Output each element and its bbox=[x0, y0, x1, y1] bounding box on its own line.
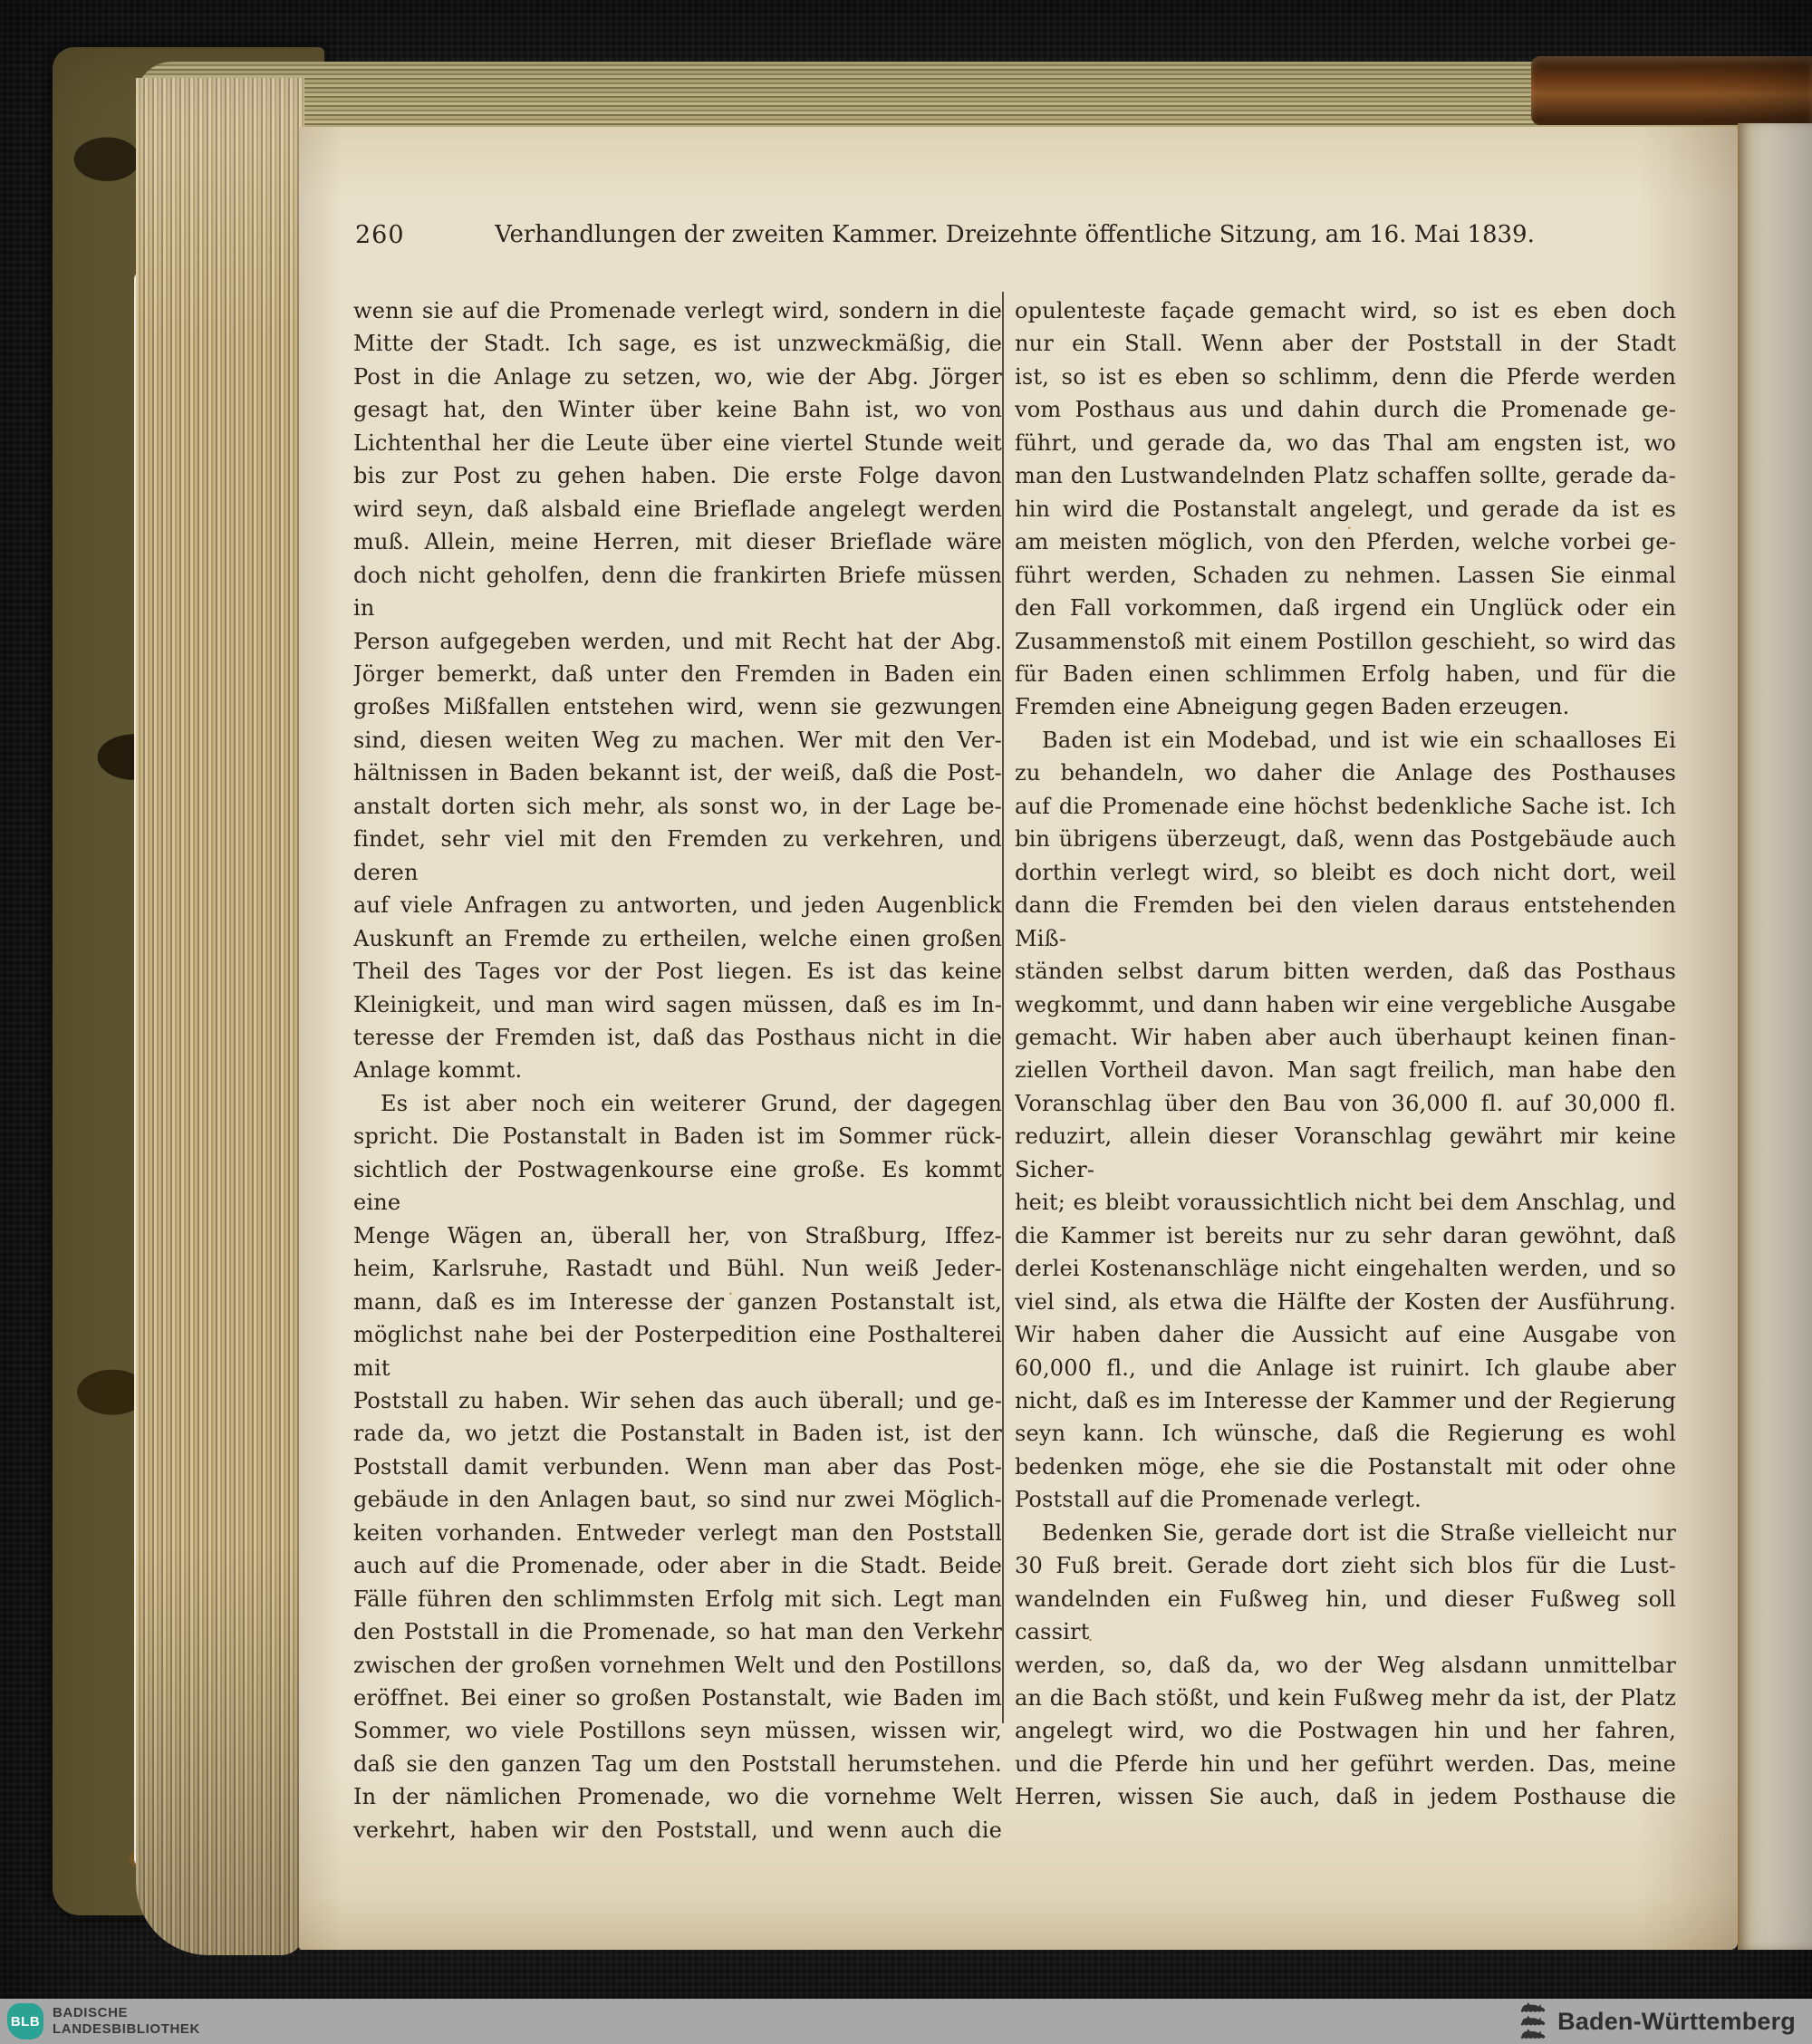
text-line: gebäude in den Anlagen baut, so sind nur… bbox=[353, 1483, 1002, 1516]
footer-bar: BLB BADISCHE LANDESBIBLIOTHEK Baden-Würt… bbox=[0, 1999, 1812, 2044]
text-line: mann, daß es im Interesse der ganzen Pos… bbox=[353, 1286, 1002, 1318]
text-line: heit; es bleibt voraussichtlich nicht be… bbox=[1015, 1186, 1676, 1219]
library-name-line2: LANDESBIBLIOTHEK bbox=[53, 2021, 200, 2038]
text-line: gemacht. Wir haben aber auch überhaupt k… bbox=[1015, 1021, 1676, 1054]
text-line: bedenken möge, ehe sie die Postanstalt m… bbox=[1015, 1451, 1676, 1483]
text-line: wird seyn, daß alsbald eine Brieflade an… bbox=[353, 493, 1002, 525]
text-line: Poststall zu haben. Wir sehen das auch ü… bbox=[353, 1384, 1002, 1417]
text-line: reduzirt, allein dieser Voranschlag gewä… bbox=[1015, 1120, 1676, 1186]
text-line: Poststall auf die Promenade verlegt. bbox=[1015, 1483, 1676, 1516]
text-line: hältnissen in Baden bekannt ist, der wei… bbox=[353, 757, 1002, 789]
library-branding: BLB BADISCHE LANDESBIBLIOTHEK bbox=[7, 2003, 200, 2039]
running-header: Verhandlungen der zweiten Kammer. Dreize… bbox=[353, 221, 1676, 248]
text-line: großes Mißfallen entstehen wird, wenn si… bbox=[353, 690, 1002, 723]
text-line: verkehrt, haben wir den Poststall, und w… bbox=[353, 1814, 1002, 1846]
text-line: Menge Wägen an, überall her, von Straßbu… bbox=[353, 1220, 1002, 1252]
text-line: Theil des Tages vor der Post liegen. Es … bbox=[353, 955, 1002, 988]
text-line: zwischen der großen vornehmen Welt und d… bbox=[353, 1649, 1002, 1682]
text-line: opulenteste façade gemacht wird, so ist … bbox=[1015, 294, 1676, 327]
text-line: derlei Kostenanschläge nicht eingehalten… bbox=[1015, 1252, 1676, 1285]
text-line: wandelnden ein Fußweg hin, und dieser Fu… bbox=[1015, 1583, 1676, 1649]
text-line: den Poststall in die Promenade, so hat m… bbox=[353, 1615, 1002, 1648]
library-name: BADISCHE LANDESBIBLIOTHEK bbox=[53, 2005, 200, 2038]
text-line: findet, sehr viel mit den Fremden zu ver… bbox=[353, 823, 1002, 889]
text-line: sind, diesen weiten Weg zu machen. Wer m… bbox=[353, 724, 1002, 757]
book-scan-viewport: 260 Verhandlungen der zweiten Kammer. Dr… bbox=[0, 0, 1812, 2044]
text-line: Mitte der Stadt. Ich sage, es ist unzwec… bbox=[353, 327, 1002, 360]
state-branding: Baden-Württemberg bbox=[1519, 2001, 1796, 2041]
text-line: Fälle führen den schlimmsten Erfolg mit … bbox=[353, 1583, 1002, 1615]
text-column-right: opulenteste façade gemacht wird, so ist … bbox=[1015, 294, 1676, 1814]
text-line: Jörger bemerkt, daß unter den Fremden in… bbox=[353, 658, 1002, 690]
scanned-page: 260 Verhandlungen der zweiten Kammer. Dr… bbox=[299, 127, 1738, 1950]
text-line: Es ist aber noch ein weiterer Grund, der… bbox=[353, 1087, 1002, 1120]
text-line: auf viele Anfragen zu antworten, und jed… bbox=[353, 889, 1002, 921]
text-line: wegkommt, und dann haben wir eine vergeb… bbox=[1015, 988, 1676, 1021]
text-line: Poststall damit verbunden. Wenn man aber… bbox=[353, 1451, 1002, 1483]
text-line: anstalt dorten sich mehr, als sonst wo, … bbox=[353, 790, 1002, 823]
text-line: dann die Fremden bei den vielen daraus e… bbox=[1015, 889, 1676, 955]
text-line: ist, so ist es eben so schlimm, denn die… bbox=[1015, 361, 1676, 393]
text-line: bin übrigens überzeugt, daß, wenn das Po… bbox=[1015, 823, 1676, 855]
text-line: vom Posthaus aus und dahin durch die Pro… bbox=[1015, 393, 1676, 426]
blb-logo-icon: BLB bbox=[7, 2003, 43, 2039]
text-line: wenn sie auf die Promenade verlegt wird,… bbox=[353, 294, 1002, 327]
text-line: rade da, wo jetzt die Postanstalt in Bad… bbox=[353, 1417, 1002, 1450]
text-line: Person aufgegeben werden, und mit Recht … bbox=[353, 625, 1002, 658]
text-line: Zusammenstoß mit einem Postillon geschie… bbox=[1015, 625, 1676, 658]
text-line: werden, so, daß da, wo der Weg alsdann u… bbox=[1015, 1649, 1676, 1682]
text-line: man den Lustwandelnden Platz schaffen so… bbox=[1015, 459, 1676, 492]
column-divider-rule bbox=[1002, 292, 1004, 1723]
text-line: Lichtenthal her die Leute über eine vier… bbox=[353, 427, 1002, 459]
text-line: ziellen Vortheil davon. Man sagt freilic… bbox=[1015, 1054, 1676, 1086]
text-line: Fremden eine Abneigung gegen Baden erzeu… bbox=[1015, 690, 1676, 723]
text-line: doch nicht geholfen, denn die frankirten… bbox=[353, 559, 1002, 625]
text-line: für Baden einen schlimmen Erfolg haben, … bbox=[1015, 658, 1676, 690]
text-line: Sommer, wo viele Postillons seyn müssen,… bbox=[353, 1714, 1002, 1747]
text-line: 30 Fuß breit. Gerade dort zieht sich blo… bbox=[1015, 1549, 1676, 1582]
facing-page-edge bbox=[1738, 123, 1812, 1950]
text-line: Anlage kommt. bbox=[353, 1054, 1002, 1086]
text-line: zu behandeln, wo daher die Anlage des Po… bbox=[1015, 757, 1676, 789]
text-line: führt werden, Schaden zu nehmen. Lassen … bbox=[1015, 559, 1676, 592]
text-line: seyn kann. Ich wünsche, daß die Regierun… bbox=[1015, 1417, 1676, 1450]
text-line: Baden ist ein Modebad, und ist wie ein s… bbox=[1015, 724, 1676, 757]
text-line: angelegt wird, wo die Postwagen hin und … bbox=[1015, 1714, 1676, 1747]
text-column-left: wenn sie auf die Promenade verlegt wird,… bbox=[353, 294, 1002, 1846]
text-line: auch auf die Promenade, oder aber in die… bbox=[353, 1549, 1002, 1582]
text-line: ständen selbst darum bitten werden, daß … bbox=[1015, 955, 1676, 988]
text-line: 60,000 fl., und die Anlage ist ruinirt. … bbox=[1015, 1352, 1676, 1384]
text-line: teresse der Fremden ist, daß das Posthau… bbox=[353, 1021, 1002, 1054]
text-line: Post in die Anlage zu setzen, wo, wie de… bbox=[353, 361, 1002, 393]
text-line: an die Bach stößt, und kein Fußweg mehr … bbox=[1015, 1682, 1676, 1714]
text-line: daß sie den ganzen Tag um den Poststall … bbox=[353, 1748, 1002, 1780]
book-spine-leather bbox=[1531, 56, 1812, 125]
text-line: den Fall vorkommen, daß irgend ein Unglü… bbox=[1015, 592, 1676, 624]
text-line: Herren, wissen Sie auch, daß in jedem Po… bbox=[1015, 1780, 1676, 1813]
text-line: viel sind, als etwa die Hälfte der Koste… bbox=[1015, 1286, 1676, 1318]
text-line: spricht. Die Postanstalt in Baden ist im… bbox=[353, 1120, 1002, 1152]
text-line: heim, Karlsruhe, Rastadt und Bühl. Nun w… bbox=[353, 1252, 1002, 1285]
text-line: auf die Promenade eine höchst bedenklich… bbox=[1015, 790, 1676, 823]
text-line: muß. Allein, meine Herren, mit dieser Br… bbox=[353, 525, 1002, 558]
text-line: Kleinigkeit, und man wird sagen müssen, … bbox=[353, 988, 1002, 1021]
text-line: Voranschlag über den Bau von 36,000 fl. … bbox=[1015, 1087, 1676, 1120]
text-line: führt, und gerade da, wo das Thal am eng… bbox=[1015, 427, 1676, 459]
state-name: Baden-Württemberg bbox=[1557, 2008, 1796, 2036]
text-line: gesagt hat, den Winter über keine Bahn i… bbox=[353, 393, 1002, 426]
text-line: und die Pferde hin und her geführt werde… bbox=[1015, 1748, 1676, 1780]
book-left-page-edges bbox=[136, 78, 304, 1955]
text-line: eröffnet. Bei einer so großen Postanstal… bbox=[353, 1682, 1002, 1714]
text-line: Bedenken Sie, gerade dort ist die Straße… bbox=[1015, 1517, 1676, 1549]
text-line: Auskunft an Fremde zu ertheilen, welche … bbox=[353, 922, 1002, 955]
text-line: die Kammer ist bereits nur zu sehr daran… bbox=[1015, 1220, 1676, 1252]
text-line: nicht, daß es im Interesse der Kammer un… bbox=[1015, 1384, 1676, 1417]
text-line: keiten vorhanden. Entweder verlegt man d… bbox=[353, 1517, 1002, 1549]
text-line: nur ein Stall. Wenn aber der Poststall i… bbox=[1015, 327, 1676, 360]
text-line: sichtlich der Postwagenkourse eine große… bbox=[353, 1153, 1002, 1220]
text-line: am meisten möglich, von den Pferden, wel… bbox=[1015, 525, 1676, 558]
text-line: hin wird die Postanstalt angelegt, und g… bbox=[1015, 493, 1676, 525]
three-lions-coat-of-arms-icon bbox=[1519, 2001, 1547, 2041]
text-line: möglichst nahe bei der Posterpedition ei… bbox=[353, 1318, 1002, 1384]
text-line: bis zur Post zu gehen haben. Die erste F… bbox=[353, 459, 1002, 492]
text-line: dorthin verlegt wird, so bleibt es doch … bbox=[1015, 856, 1676, 889]
text-line: In der nämlichen Promenade, wo die vorne… bbox=[353, 1780, 1002, 1813]
library-name-line1: BADISCHE bbox=[53, 2005, 200, 2021]
text-line: Wir haben daher die Aussicht auf eine Au… bbox=[1015, 1318, 1676, 1351]
